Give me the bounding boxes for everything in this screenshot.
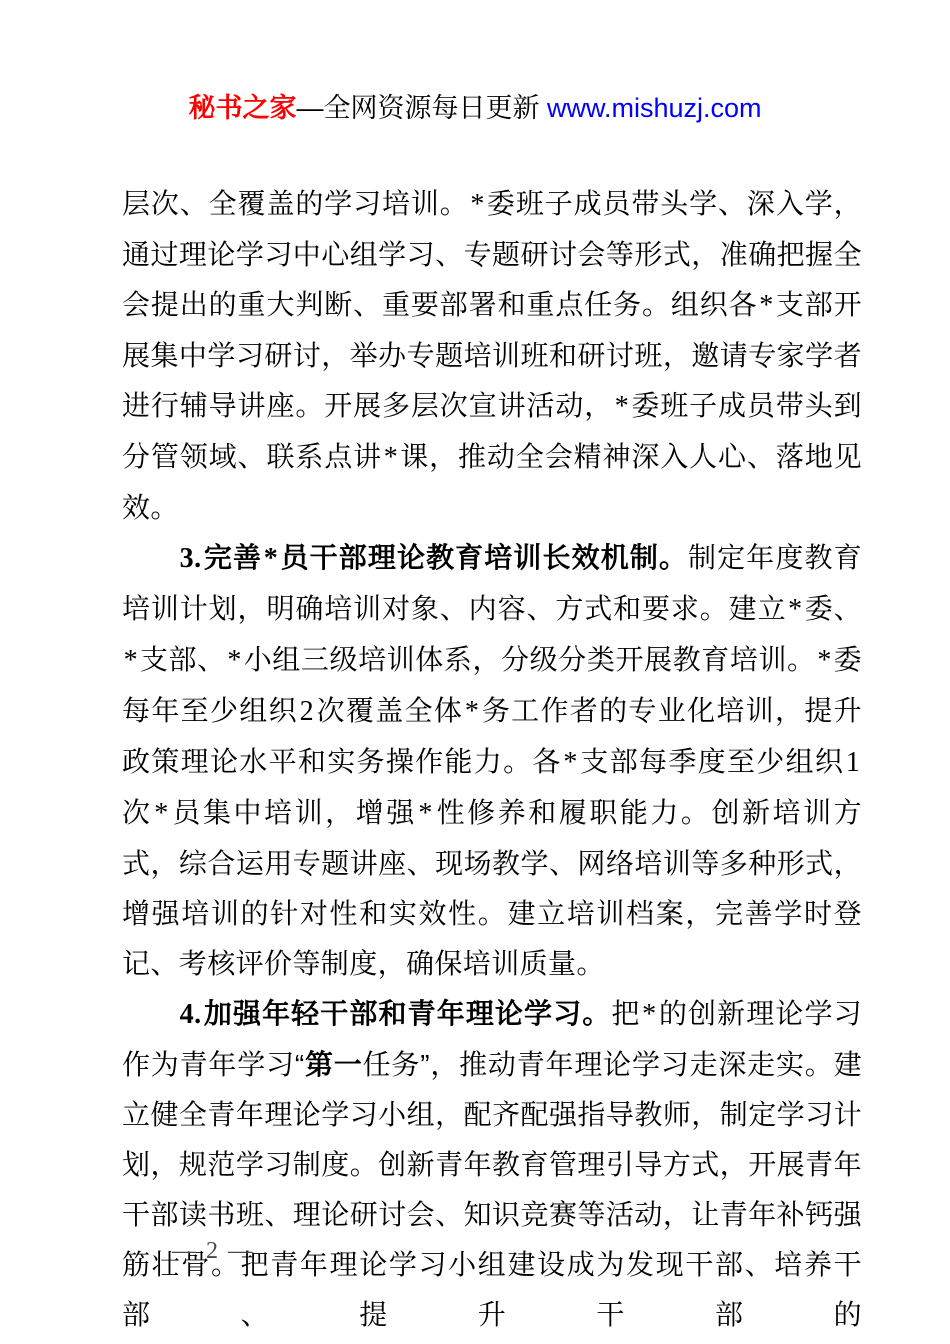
- paragraph: 层次、全覆盖的学习培训。*委班子成员带头学、深入学，通过理论学习中心组学习、专题…: [122, 179, 862, 533]
- document-page: 秘书之家—全网资源每日更新 www.mishuzj.com 层次、全覆盖的学习培…: [0, 0, 950, 1344]
- latin-text: *: [470, 189, 484, 220]
- latin-text: *: [642, 999, 656, 1030]
- emphasis-text: 第一: [305, 1049, 363, 1080]
- latin-text: *: [124, 645, 138, 676]
- paragraph: 4.加强年轻干部和青年理论学习。把*的创新理论学习作为青年学习“第一任务”，推动…: [122, 989, 862, 1340]
- latin-text: *: [465, 696, 479, 727]
- latin-text: *: [788, 594, 802, 625]
- latin-text: 2: [300, 696, 314, 727]
- paragraph: 3.完善*员干部理论教育培训长效机制。制定年度教育培训计划，明确培训对象、内容、…: [122, 533, 862, 989]
- latin-text: *: [264, 543, 278, 574]
- latin-text: *: [418, 798, 432, 829]
- body-text: 制定年度教育培训计划，明确培训对象、内容、方式和要求。建立*委、*支部、*小组三…: [122, 542, 862, 979]
- latin-text: *: [154, 798, 168, 829]
- latin-text: *: [384, 442, 398, 473]
- latin-text: *: [615, 391, 629, 422]
- emphasis-text: 4.加强年轻干部和青年理论学习。: [178, 998, 611, 1029]
- latin-text: *: [563, 747, 577, 778]
- site-tagline: 全网资源每日更新: [323, 93, 539, 123]
- site-brand: 秘书之家: [188, 93, 296, 123]
- latin-text: 3.: [180, 543, 202, 574]
- page-number: — 2 —: [172, 1238, 254, 1264]
- header-space: [539, 93, 547, 123]
- emphasis-text: 3.完善*员干部理论教育培训长效机制。: [178, 542, 688, 573]
- body-text: 任务”，推动青年理论学习走深走实。建立健全青年理论学习小组，配齐配强指导教师，制…: [122, 1049, 862, 1330]
- dash-separator: —: [296, 93, 323, 123]
- body-text: 层次、全覆盖的学习培训。*委班子成员带头学、深入学，通过理论学习中心组学习、专题…: [122, 188, 862, 523]
- latin-text: *: [759, 290, 773, 321]
- document-body: 层次、全覆盖的学习培训。*委班子成员带头学、深入学，通过理论学习中心组学习、专题…: [122, 179, 862, 1340]
- latin-text: 1: [846, 747, 860, 778]
- latin-text: *: [227, 645, 241, 676]
- latin-text: *: [817, 645, 831, 676]
- page-header: 秘书之家—全网资源每日更新 www.mishuzj.com: [0, 90, 950, 126]
- page-footer: — 2 —: [172, 1236, 254, 1266]
- latin-text: 4.: [180, 999, 202, 1030]
- site-url-link[interactable]: www.mishuzj.com: [547, 93, 762, 123]
